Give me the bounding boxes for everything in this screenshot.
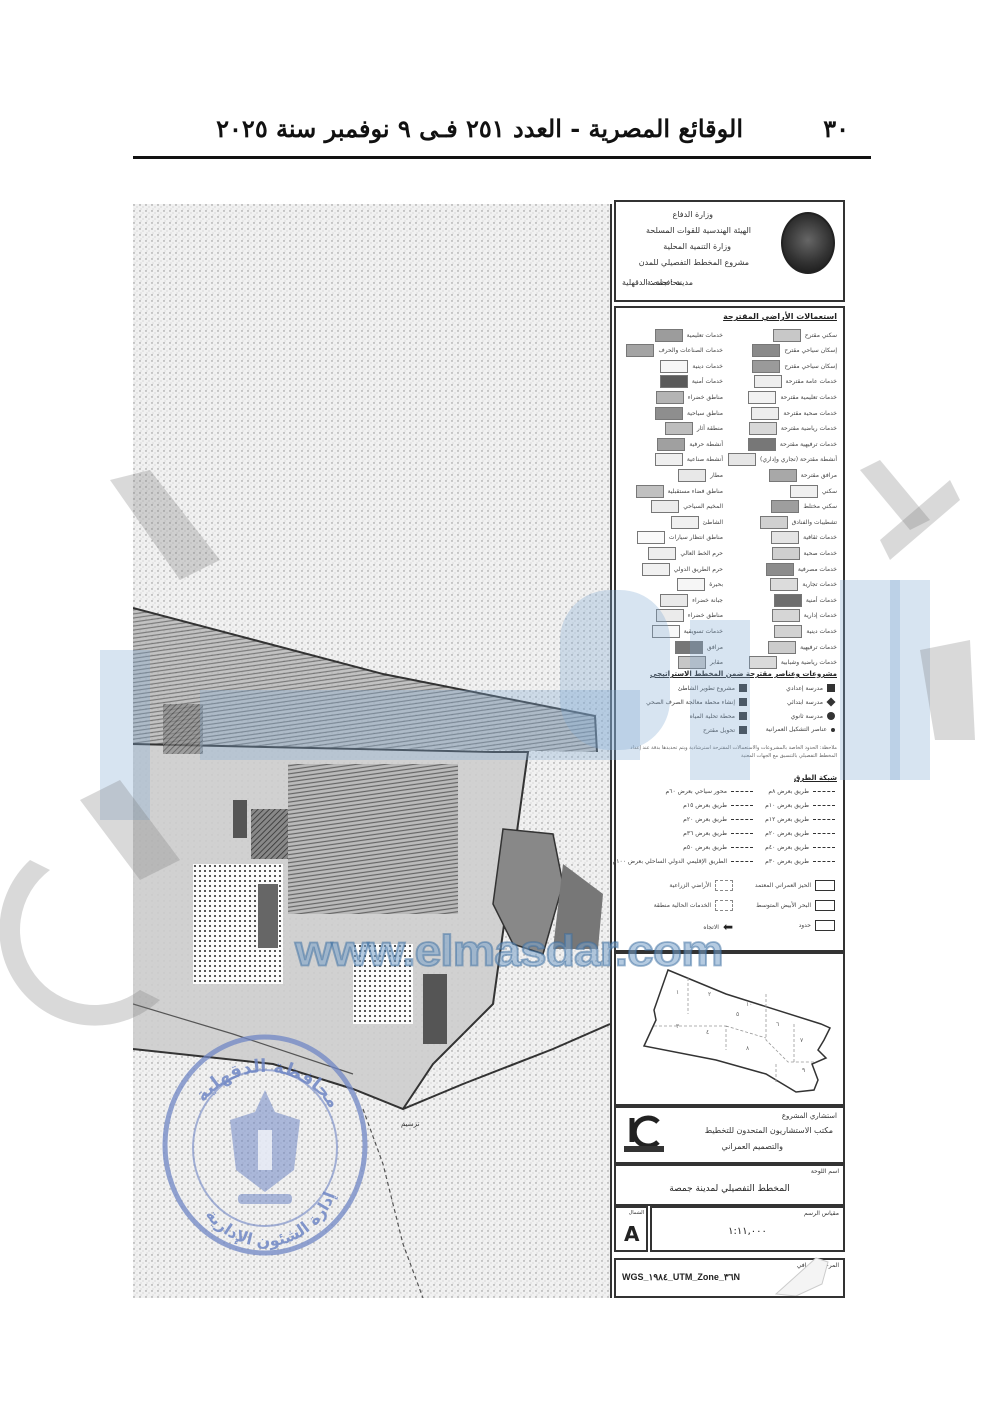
- scale-box: مقياس الرسم ١:١١,٠٠٠: [650, 1206, 845, 1252]
- zone-label: ٦: [776, 1021, 779, 1028]
- legend-item: خدمات الصناعات والحرف: [626, 344, 723, 358]
- north-arrow-icon: A: [624, 1222, 639, 1246]
- gazette-title: الوقائع المصرية - العدد ٢٥١ فـى ٩ نوفمبر…: [216, 114, 743, 143]
- legend-swatch: [766, 563, 794, 576]
- legend-swatch: [671, 516, 699, 529]
- diamond-symbol-icon: [826, 697, 835, 706]
- symbol-item: إنشاء محطة معالجة الصرف الصحي: [646, 698, 747, 706]
- legend-item: خدمات تعليمية مقترحة: [748, 390, 837, 404]
- symbols-title: مشروعات وعناصر مقترحة ضمن المخطط الاسترا…: [650, 670, 837, 678]
- legend-label: تشطيبات والفنادق: [792, 519, 837, 526]
- legend-label: جبانة خضراء: [692, 597, 723, 604]
- legend-label: إسكان سياحي مقترح: [784, 347, 837, 354]
- legend-item: مناطق انتظار سيارات: [637, 531, 723, 545]
- legend-swatch: [655, 453, 683, 466]
- legend-swatch: [655, 329, 683, 342]
- header-rule: [133, 156, 871, 159]
- consultant-name-1: مكتب الاستشاريون المتحدون للتخطيط: [705, 1126, 833, 1135]
- watermark-url: www.elmasdar.com: [295, 927, 723, 977]
- zone-label: ٢: [708, 991, 711, 998]
- legend-item: سكني مختلط: [771, 500, 837, 514]
- legend-swatch: [636, 485, 664, 498]
- legend-item: إسكان سياحي مقترح: [752, 359, 837, 373]
- legend-swatch: [770, 578, 798, 591]
- legend-label: سكني مقترح: [805, 332, 837, 339]
- road-legend-item: طريق بعرض ٥٠م: [683, 844, 753, 851]
- legend-item: خدمات دينية: [660, 359, 723, 373]
- road-legend-item: طريق بعرض ١٥م: [683, 802, 753, 809]
- legend-swatch: [637, 531, 665, 544]
- legend-swatch: [749, 656, 777, 669]
- legend-label: سكني مختلط: [803, 503, 837, 510]
- legend-label: خدمات دينية: [806, 628, 837, 635]
- legend-label: حرم الطريق الدولي: [674, 566, 723, 573]
- projection-value: WGS_١٩٨٤_UTM_Zone_٣٦N: [622, 1272, 740, 1283]
- legend-label: أنشطة مقترحة (تجاري وإداري): [760, 456, 837, 463]
- direction-arrow-icon: ⬅: [723, 920, 733, 934]
- legend-item: خدمات ترفيهية: [768, 640, 837, 654]
- title-block: وزارة الدفاع الهيئة الهندسية للقوات المس…: [614, 200, 845, 302]
- legend-item: خدمات مصرفية: [766, 562, 837, 576]
- legend-swatch: [678, 469, 706, 482]
- legend-swatch: [652, 625, 680, 638]
- legend-item: جبانة خضراء: [660, 593, 723, 607]
- legend-label: مناطق سياحية: [687, 410, 723, 417]
- legend-swatch: [752, 344, 780, 357]
- legend-item: مناطق فضاء مستقبلية: [636, 484, 723, 498]
- road-legend-item: الطريق الإقليمي الدولي الساحلي بعرض ١٠٠م: [613, 858, 753, 865]
- road-legend-item: طريق بعرض ١٠م: [765, 802, 835, 809]
- plan-name-box: اسم اللوحة المخطط التفصيلي لمدينة جمصة: [614, 1164, 845, 1206]
- legend-item: سكني: [790, 484, 837, 498]
- legend-label: خدمات تجارية: [802, 581, 837, 588]
- legend-label: مناطق خضراء: [688, 612, 723, 619]
- legend-swatch: [728, 453, 756, 466]
- legend-swatch: [651, 500, 679, 513]
- boundary-legend-item: الحيز العمراني المعتمد: [755, 880, 835, 891]
- symbol-item: عناصر التشكيل العمرانية: [766, 726, 835, 733]
- legend-item: مطار: [678, 468, 723, 482]
- zone-label: ٥: [736, 1011, 739, 1018]
- legend-item: أنشطة مقترحة (تجاري وإداري): [728, 453, 837, 467]
- legend-label: خدمات أمنية: [692, 378, 723, 385]
- legend-item: تشطيبات والفنادق: [760, 515, 837, 529]
- map-sheet: ترسيم وزارة الدفاع الهيئة الهندسية للقوا…: [133, 200, 845, 1298]
- road-legend-item: طريق بعرض ٢٠م: [683, 816, 753, 823]
- road-legend-item: طريق بعرض ٢٠م: [765, 830, 835, 837]
- roads-title: شبكة الطرق: [794, 774, 837, 782]
- legend-item: خدمات تجارية: [770, 578, 837, 592]
- square-symbol-icon: [739, 684, 747, 692]
- road-line-icon: [813, 861, 835, 862]
- legend-swatch: [665, 422, 693, 435]
- zone-label: ١٠: [746, 1001, 752, 1008]
- legend-item: مقابر: [678, 656, 723, 670]
- legend-label: مطار: [710, 472, 723, 479]
- legend-item: مرافق: [675, 640, 723, 654]
- dot-symbol-icon: [831, 728, 835, 732]
- ministry-seal-icon: [781, 212, 835, 274]
- legend-swatch: [771, 500, 799, 513]
- legend-item: منطقة أثار: [665, 422, 723, 436]
- legend-label: خدمات أمنية: [806, 597, 837, 604]
- title-line-3: وزارة التنمية المحلية: [663, 242, 731, 251]
- legend-item: سكني مقترح: [773, 328, 837, 342]
- legend-swatch: [749, 422, 777, 435]
- road-line-icon: [731, 791, 753, 792]
- boundary-legend-item: الأراضي الزراعية: [669, 880, 733, 891]
- legend-item: خدمات إدارية: [772, 609, 837, 623]
- legend-label: خدمات دينية: [692, 363, 723, 370]
- title-line-1: وزارة الدفاع: [673, 210, 713, 219]
- page-header: ٣٠ الوقائع المصرية - العدد ٢٥١ فـى ٩ نوف…: [133, 108, 871, 158]
- projection-box: المرجع الجغرافي WGS_١٩٨٤_UTM_Zone_٣٦N: [614, 1258, 845, 1298]
- boundary-swatch: [715, 880, 733, 891]
- road-line-icon: [813, 833, 835, 834]
- legend-label: الشاطئ: [703, 519, 723, 526]
- legend-item: خدمات صحية: [772, 546, 837, 560]
- legend-column: وزارة الدفاع الهيئة الهندسية للقوات المس…: [614, 200, 845, 1298]
- road-line-icon: [731, 833, 753, 834]
- legend-swatch: [655, 407, 683, 420]
- north-arrow-box: الشمال A: [614, 1206, 648, 1252]
- boundary-legend-item: حدود: [799, 920, 835, 931]
- legend-item: الشاطئ: [671, 515, 723, 529]
- scale-area: الشمال A مقياس الرسم ١:١١,٠٠٠: [614, 1206, 845, 1252]
- legend-swatch: [748, 391, 776, 404]
- legend-item: خدمات تسويقية: [652, 624, 723, 638]
- road-line-icon: [813, 847, 835, 848]
- legend-item: خدمات صحية مقترحة: [751, 406, 837, 420]
- boundary-swatch: [815, 900, 835, 911]
- legend-item: حرم الطريق الدولي: [642, 562, 723, 576]
- boundary-swatch: [815, 920, 835, 931]
- legend-label: خدمات ثقافية: [803, 534, 837, 541]
- consultant-logo-icon: [622, 1114, 666, 1154]
- legend-item: خدمات عامة مقترحة: [754, 375, 838, 389]
- legend-item: خدمات أمنية: [660, 375, 723, 389]
- title-line-2: الهيئة الهندسية للقوات المسلحة: [646, 226, 751, 235]
- legend-swatch: [790, 485, 818, 498]
- legend-swatch: [769, 469, 797, 482]
- symbol-item: تحويل مقترح: [703, 726, 747, 734]
- symbol-item: مدرسة ثانوي: [791, 712, 835, 720]
- legend-item: حرم الخط العالي: [648, 546, 723, 560]
- zone-label: ١: [676, 989, 679, 996]
- road-line-icon: [731, 819, 753, 820]
- legend-swatch: [660, 594, 688, 607]
- road-legend-item: طريق بعرض ٨م: [768, 788, 835, 795]
- legend-swatch: [751, 407, 779, 420]
- legend-item: أنشطة حرفية: [657, 437, 723, 451]
- legend-swatch: [660, 360, 688, 373]
- legend-label: خدمات رياضية مقترحة: [781, 425, 837, 432]
- legend-label: مقابر: [710, 659, 723, 666]
- legend-swatch: [774, 594, 802, 607]
- legend-label: خدمات عامة مقترحة: [786, 378, 838, 385]
- consultant-title: استشاري المشروع: [782, 1112, 837, 1120]
- legend-swatch: [657, 438, 685, 451]
- scale-label: مقياس الرسم: [804, 1210, 839, 1217]
- legend-item: مناطق سياحية: [655, 406, 723, 420]
- legend-label: إسكان سياحي مقترح: [784, 363, 837, 370]
- legend-item: خدمات أمنية: [774, 593, 837, 607]
- legend-swatch: [748, 438, 776, 451]
- legend-label: مناطق فضاء مستقبلية: [668, 488, 723, 495]
- legend-label: مناطق خضراء: [688, 394, 723, 401]
- road-label: ترسيم: [401, 1120, 419, 1128]
- road-line-icon: [813, 791, 835, 792]
- legend-label: منطقة أثار: [697, 425, 723, 432]
- road-line-icon: [731, 847, 753, 848]
- legend-label: أنشطة صناعية: [687, 456, 723, 463]
- square-symbol-icon: [739, 726, 747, 734]
- road-legend-item: طريق بعرض ٣٦م: [683, 830, 753, 837]
- legend-item: مناطق خضراء: [656, 390, 723, 404]
- boundary-swatch: [815, 880, 835, 891]
- legend-swatch: [678, 656, 706, 669]
- consultant-name-2: والتصميم العمراني: [722, 1142, 783, 1151]
- road-legend-item: طريق بعرض ٤٠م: [765, 844, 835, 851]
- north-label: الشمال: [629, 1210, 644, 1216]
- zone-label: ٤: [706, 1029, 709, 1036]
- legend-label: خدمات ترفيهية: [800, 644, 837, 651]
- legend-box: استعمالات الأراضي المقترحة سكني مقترحإسك…: [614, 306, 845, 952]
- plan-label: اسم اللوحة: [811, 1168, 839, 1175]
- legend-label: مرافق مقترحة: [801, 472, 837, 479]
- legend-label: أنشطة حرفية: [689, 441, 723, 448]
- page-number: ٣٠: [823, 114, 849, 143]
- paper-tear-icon: [766, 1254, 836, 1296]
- legend-label: مرافق: [707, 644, 723, 651]
- legend-item: المخيم السياحي: [651, 500, 723, 514]
- legend-label: المخيم السياحي: [683, 503, 723, 510]
- legend-swatch: [768, 641, 796, 654]
- legend-swatch: [760, 516, 788, 529]
- legend-item: بحيرة: [677, 578, 723, 592]
- legend-item: مرافق مقترحة: [769, 468, 837, 482]
- legend-swatch: [754, 375, 782, 388]
- circle-symbol-icon: [827, 712, 835, 720]
- consultant-box: استشاري المشروع مكتب الاستشاريون المتحدو…: [614, 1106, 845, 1164]
- boundary-legend-item: البحر الأبيض المتوسط: [756, 900, 835, 911]
- legend-label: سكني: [822, 488, 837, 495]
- legend-label: خدمات تعليمية: [687, 332, 723, 339]
- legend-swatch: [656, 391, 684, 404]
- legend-swatch: [626, 344, 654, 357]
- legend-swatch: [774, 625, 802, 638]
- legend-swatch: [656, 609, 684, 622]
- legend-item: خدمات تعليمية: [655, 328, 723, 342]
- symbol-item: مدرسة إعدادي: [786, 684, 835, 692]
- legend-label: خدمات إدارية: [804, 612, 837, 619]
- legend-swatch: [648, 547, 676, 560]
- square-symbol-icon: [827, 684, 835, 692]
- road-legend-item: طريق بعرض ١٢م: [765, 816, 835, 823]
- legend-swatch: [752, 360, 780, 373]
- zone-label: ٩: [802, 1067, 805, 1074]
- legend-item: مناطق خضراء: [656, 609, 723, 623]
- legend-label: خدمات مصرفية: [798, 566, 837, 573]
- legend-item: خدمات رياضية مقترحة: [749, 422, 837, 436]
- legend-label: خدمات صحية: [804, 550, 837, 557]
- map-drawing: ترسيم: [133, 204, 610, 1298]
- plan-name: المخطط التفصيلي لمدينة جمصة: [616, 1184, 843, 1194]
- square-symbol-icon: [739, 712, 747, 720]
- symbol-item: محطة تحلية المياه: [690, 712, 747, 720]
- legend-swatch: [660, 375, 688, 388]
- legend-label: خدمات رياضية وشبابية: [781, 659, 837, 666]
- legend-item: خدمات ثقافية: [771, 531, 837, 545]
- legend-swatch: [773, 329, 801, 342]
- title-line-4: مشروع المخطط التفصيلي للمدن: [639, 258, 749, 267]
- legend-swatch: [771, 531, 799, 544]
- legend-swatch: [772, 547, 800, 560]
- road-line-icon: [813, 805, 835, 806]
- boundary-legend-item: الخدمات الحالية منطقة: [654, 900, 733, 911]
- scale-value: ١:١١,٠٠٠: [652, 1226, 843, 1237]
- legend-swatch: [772, 609, 800, 622]
- legend-item: إسكان سياحي مقترح: [752, 344, 837, 358]
- legend-label: مناطق انتظار سيارات: [669, 534, 723, 541]
- boundary-swatch: [715, 900, 733, 911]
- governorate-name: محافظة : الدقهلية: [622, 278, 682, 287]
- road-line-icon: [731, 805, 753, 806]
- legend-item: أنشطة صناعية: [655, 453, 723, 467]
- symbol-item: مدرسة ابتدائي: [787, 698, 835, 706]
- symbol-item: مشروع تطوير الشاطئ: [678, 684, 747, 692]
- legend-item: خدمات رياضية وشبابية: [749, 656, 837, 670]
- legend-item: خدمات ترفيهية مقترحة: [748, 437, 837, 451]
- road-legend-item: محور سياحي بعرض ٦٠م: [666, 788, 753, 795]
- legend-label: بحيرة: [709, 581, 723, 588]
- legend-label: خدمات صحية مقترحة: [783, 410, 837, 417]
- legend-label: خدمات ترفيهية مقترحة: [780, 441, 837, 448]
- legend-item: خدمات دينية: [774, 624, 837, 638]
- legend-label: خدمات الصناعات والحرف: [658, 347, 723, 354]
- legend-swatch: [642, 563, 670, 576]
- legend-swatch: [675, 641, 703, 654]
- road-line-icon: [813, 819, 835, 820]
- legend-label: خدمات تسويقية: [684, 628, 723, 635]
- legend-label: خدمات تعليمية مقترحة: [780, 394, 837, 401]
- road-legend-item: طريق بعرض ٣٠م: [765, 858, 835, 865]
- legend-label: حرم الخط العالي: [680, 550, 723, 557]
- road-line-icon: [731, 861, 753, 862]
- legend-swatch: [677, 578, 705, 591]
- map-frame: ترسيم: [133, 204, 612, 1298]
- legend-note: ملاحظة: الحدود الخاصة بالمشروعات والاستع…: [622, 744, 837, 760]
- square-symbol-icon: [739, 698, 747, 706]
- legend-title: استعمالات الأراضي المقترحة: [723, 312, 837, 321]
